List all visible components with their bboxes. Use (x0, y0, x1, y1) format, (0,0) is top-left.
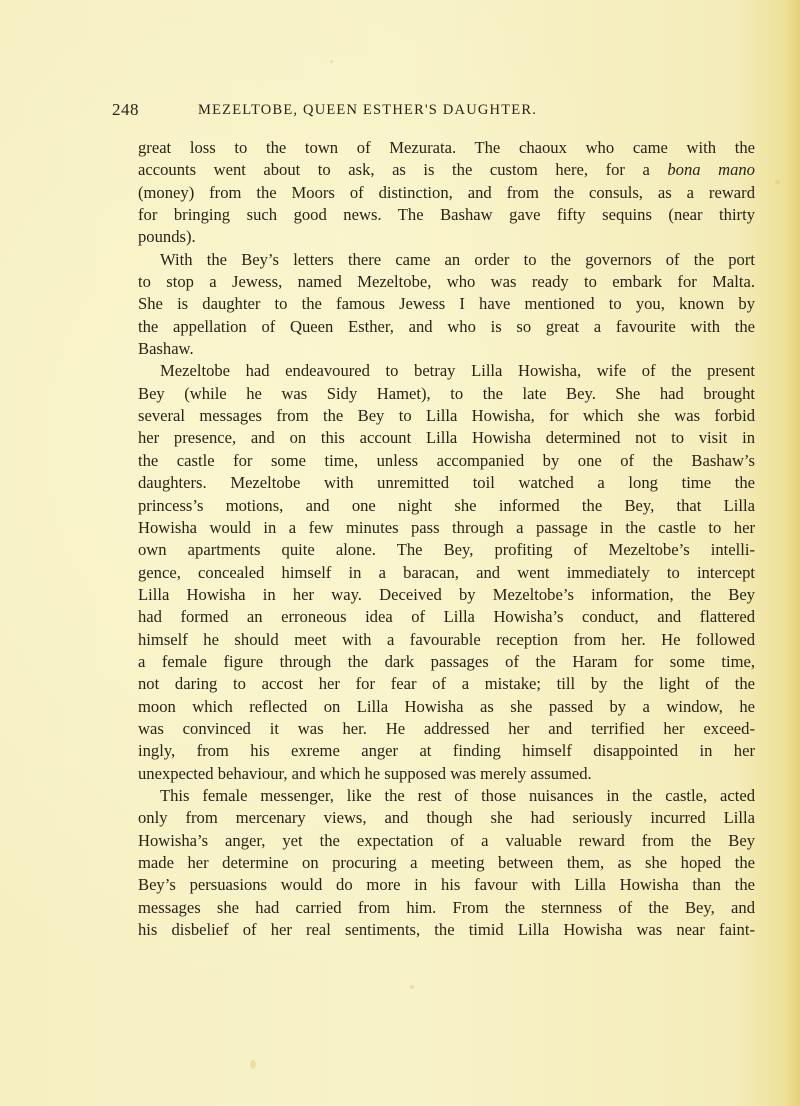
text-line: not daring to accost her for fear of a m… (138, 673, 755, 695)
text-line: This female messenger, like the rest of … (138, 785, 755, 807)
text-line: Howisha would in a few minutes pass thro… (138, 517, 755, 539)
book-page: 248 MEZELTOBE, QUEEN ESTHER'S DAUGHTER. … (0, 0, 800, 1106)
text-line: was convinced it was her. He addressed h… (138, 718, 755, 740)
text-line: She is daughter to the famous Jewess I h… (138, 293, 755, 315)
paper-fleck (775, 180, 780, 184)
text-line: the appellation of Queen Esther, and who… (138, 316, 755, 338)
running-title: MEZELTOBE, QUEEN ESTHER'S DAUGHTER. (198, 102, 537, 119)
text-line: daughters. Mezeltobe with unremitted toi… (138, 472, 755, 494)
text-line: for bringing such good news. The Bashaw … (138, 204, 755, 226)
paper-fleck (410, 985, 414, 989)
text-line: Bashaw. (138, 338, 755, 360)
text-line: her presence, and on this account Lilla … (138, 427, 755, 449)
text-line: the castle for some time, unless accompa… (138, 450, 755, 472)
text-line: to stop a Jewess, named Mezeltobe, who w… (138, 271, 755, 293)
text-line: himself he should meet with a favourable… (138, 629, 755, 651)
paper-fleck (250, 1060, 256, 1069)
text-line: his disbelief of her real sentiments, th… (138, 919, 755, 941)
text-segment: accounts went about to ask, as is the cu… (138, 160, 667, 179)
text-line: several messages from the Bey to Lilla H… (138, 405, 755, 427)
text-line: princess’s motions, and one night she in… (138, 495, 755, 517)
text-line: Howisha’s anger, yet the expectation of … (138, 830, 755, 852)
text-line: pounds). (138, 226, 755, 248)
page-edge-shadow (786, 0, 800, 1106)
text-line: unexpected behaviour, and which he suppo… (138, 763, 755, 785)
text-line: Lilla Howisha in her way. Deceived by Me… (138, 584, 755, 606)
text-line: own apartments quite alone. The Bey, pro… (138, 539, 755, 561)
text-line: With the Bey’s letters there came an ord… (138, 249, 755, 271)
text-line: made her determine on procuring a meetin… (138, 852, 755, 874)
text-line: great loss to the town of Mezurata. The … (138, 137, 755, 159)
text-line: Bey (while he was Sidy Hamet), to the la… (138, 383, 755, 405)
text-line: a female figure through the dark passage… (138, 651, 755, 673)
text-line: ingly, from his exreme anger at finding … (138, 740, 755, 762)
text-line: messages she had carried from him. From … (138, 897, 755, 919)
text-line: gence, concealed himself in a baracan, a… (138, 562, 755, 584)
text-line: only from mercenary views, and though sh… (138, 807, 755, 829)
text-line: Bey’s persuasions would do more in his f… (138, 874, 755, 896)
text-line: had formed an erroneous idea of Lilla Ho… (138, 606, 755, 628)
text-line: (money) from the Moors of distinction, a… (138, 182, 755, 204)
body-text: great loss to the town of Mezurata. The … (138, 137, 755, 941)
paper-fleck (330, 60, 333, 63)
text-line: accounts went about to ask, as is the cu… (138, 159, 755, 181)
text-line: Mezeltobe had endeavoured to betray Lill… (138, 360, 755, 382)
running-head: 248 MEZELTOBE, QUEEN ESTHER'S DAUGHTER. (112, 100, 760, 126)
italic-phrase: bona mano (667, 160, 755, 179)
page-number: 248 (112, 100, 139, 120)
text-line: moon which reflected on Lilla Howisha as… (138, 696, 755, 718)
